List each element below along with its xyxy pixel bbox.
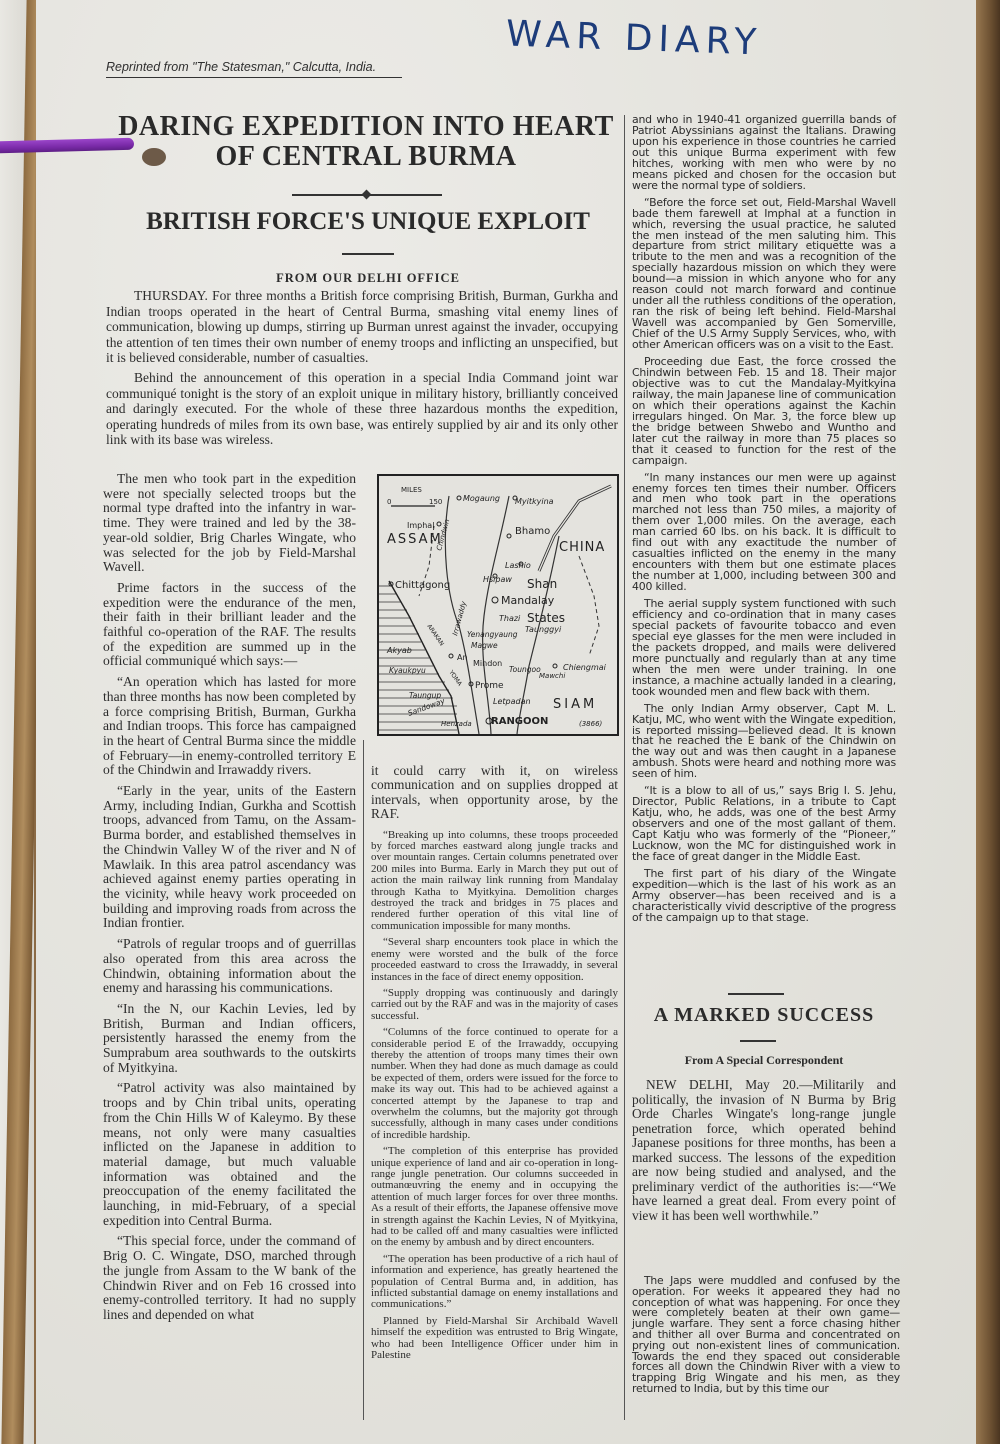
svg-text:Lashio: Lashio (505, 561, 531, 570)
lead-paragraph: THURSDAY. For three months a British for… (106, 288, 618, 366)
svg-text:Yenangyaung: Yenangyaung (467, 630, 518, 639)
svg-text:0: 0 (387, 498, 391, 506)
column-divider (624, 115, 625, 1420)
svg-text:Kyaukpyu: Kyaukpyu (389, 666, 426, 675)
svg-text:(3866): (3866) (579, 720, 603, 728)
burma-map: MILES 0 150 Mogaung Myitkyina Imphal ASS… (377, 474, 619, 736)
paragraph: Proceeding due East, the force crossed t… (632, 357, 896, 467)
svg-text:ARAKAN: ARAKAN (425, 623, 445, 647)
svg-text:Myitkyina: Myitkyina (515, 497, 554, 506)
newspaper-page: WAR DIARY Reprinted from "The Statesman,… (36, 0, 976, 1444)
second-article-headline: A MARKED SUCCESS (632, 1004, 896, 1027)
lead-section: THURSDAY. For three months a British for… (106, 288, 618, 452)
paragraph: NEW DELHI, May 20.—Militarily and politi… (632, 1078, 896, 1223)
svg-text:MILES: MILES (401, 486, 422, 494)
svg-text:States: States (527, 611, 565, 625)
column-3: and who in 1940-41 organized guerrilla b… (632, 115, 896, 930)
reprint-line: Reprinted from "The Statesman," Calcutta… (106, 60, 402, 78)
short-rule (342, 253, 394, 255)
svg-text:Letpadan: Letpadan (493, 697, 531, 706)
diamond-rule (292, 194, 442, 196)
paragraph: Prime factors in the success of the expe… (103, 581, 356, 669)
byline: FROM OUR DELHI OFFICE (108, 271, 628, 286)
paragraph: “In many instances our men were up again… (632, 473, 896, 593)
svg-text:150: 150 (429, 498, 442, 506)
column-2: it could carry with it, on wireless comm… (371, 764, 618, 1367)
paragraph: “The completion of this enterprise has p… (371, 1146, 618, 1249)
svg-text:Hsipaw: Hsipaw (483, 575, 512, 584)
svg-text:Shan: Shan (527, 577, 557, 591)
svg-text:Mawchi: Mawchi (539, 672, 565, 680)
column-1: The men who took part in the expedition … (103, 472, 356, 1329)
svg-text:Prome: Prome (475, 681, 504, 691)
paragraph: “Several sharp encounters took place in … (371, 937, 618, 983)
svg-text:Chiengmai: Chiengmai (563, 663, 607, 672)
second-article-byline: From A Special Correspondent (632, 1053, 896, 1068)
paragraph: “Before the force set out, Field-Marshal… (632, 198, 896, 351)
paragraph: “Patrol activity was also maintained by … (103, 1081, 356, 1228)
svg-text:Bhamo: Bhamo (515, 526, 550, 537)
svg-text:Mogaung: Mogaung (463, 494, 500, 503)
paragraph: “In the N, our Kachin Levies, led by Bri… (103, 1002, 356, 1076)
paragraph: “Supply dropping was continuously and da… (371, 988, 618, 1022)
paragraph: Planned by Field-Marshal Sir Archibald W… (371, 1316, 618, 1362)
paragraph: “Early in the year, units of the Eastern… (103, 784, 356, 931)
lead-paragraph: Behind the announcement of this operatio… (106, 370, 618, 448)
paragraph: The aerial supply system functioned with… (632, 599, 896, 698)
paragraph: “Breaking up into columns, these troops … (371, 830, 618, 933)
svg-text:Mindon: Mindon (473, 659, 502, 668)
svg-text:Henzada: Henzada (441, 720, 472, 728)
paragraph: “The operation has been productive of a … (371, 1254, 618, 1311)
svg-text:An: An (457, 653, 468, 662)
column-divider (363, 740, 364, 1420)
svg-text:Taunggyi: Taunggyi (525, 625, 562, 634)
svg-text:YOMA: YOMA (447, 668, 464, 688)
section-rule (728, 993, 784, 995)
backdrop (975, 0, 1000, 1444)
map-graphic: MILES 0 150 Mogaung Myitkyina Imphal ASS… (379, 476, 617, 734)
handwritten-note: WAR DIARY (505, 14, 763, 64)
svg-text:RANGOON: RANGOON (491, 716, 548, 727)
svg-text:Chittagong: Chittagong (395, 580, 450, 591)
paragraph: “Columns of the force continued to opera… (371, 1027, 618, 1141)
paragraph: “Patrols of regular troops and of guerri… (103, 937, 356, 996)
paragraph: and who in 1940-41 organized guerrilla b… (632, 115, 896, 192)
svg-text:Mandalay: Mandalay (501, 594, 555, 607)
paragraph: The Japs were muddled and confused by th… (632, 1276, 900, 1395)
svg-text:Thazi: Thazi (499, 614, 521, 623)
second-article-continued: The Japs were muddled and confused by th… (632, 1276, 900, 1395)
continuation-paragraph: it could carry with it, on wireless comm… (371, 764, 618, 822)
svg-text:Irrawaddy: Irrawaddy (451, 600, 468, 637)
svg-text:CHINA: CHINA (559, 540, 605, 555)
paragraph: The only Indian Army observer, Capt M. L… (632, 704, 896, 781)
paragraph: The first part of his diary of the Winga… (632, 869, 896, 924)
svg-text:ASSAM: ASSAM (387, 532, 443, 547)
subheadline: BRITISH FORCE'S UNIQUE EXPLOIT (108, 208, 628, 236)
svg-text:SIAM: SIAM (553, 697, 597, 712)
paragraph: “It is a blow to all of us,” says Brig I… (632, 786, 896, 863)
svg-text:Akyab: Akyab (386, 646, 412, 655)
svg-text:Magwe: Magwe (471, 641, 498, 650)
paragraph: The men who took part in the expedition … (103, 472, 356, 575)
headline: DARING EXPEDITION INTO HEART OF CENTRAL … (116, 112, 616, 172)
svg-text:Imphal: Imphal (407, 521, 434, 530)
paragraph: “An operation which has lasted for more … (103, 675, 356, 778)
short-rule (740, 1040, 776, 1042)
svg-text:Toungoo: Toungoo (509, 665, 541, 674)
paragraph: “This special force, under the command o… (103, 1234, 356, 1322)
second-article-body: NEW DELHI, May 20.—Militarily and politi… (632, 1078, 896, 1229)
